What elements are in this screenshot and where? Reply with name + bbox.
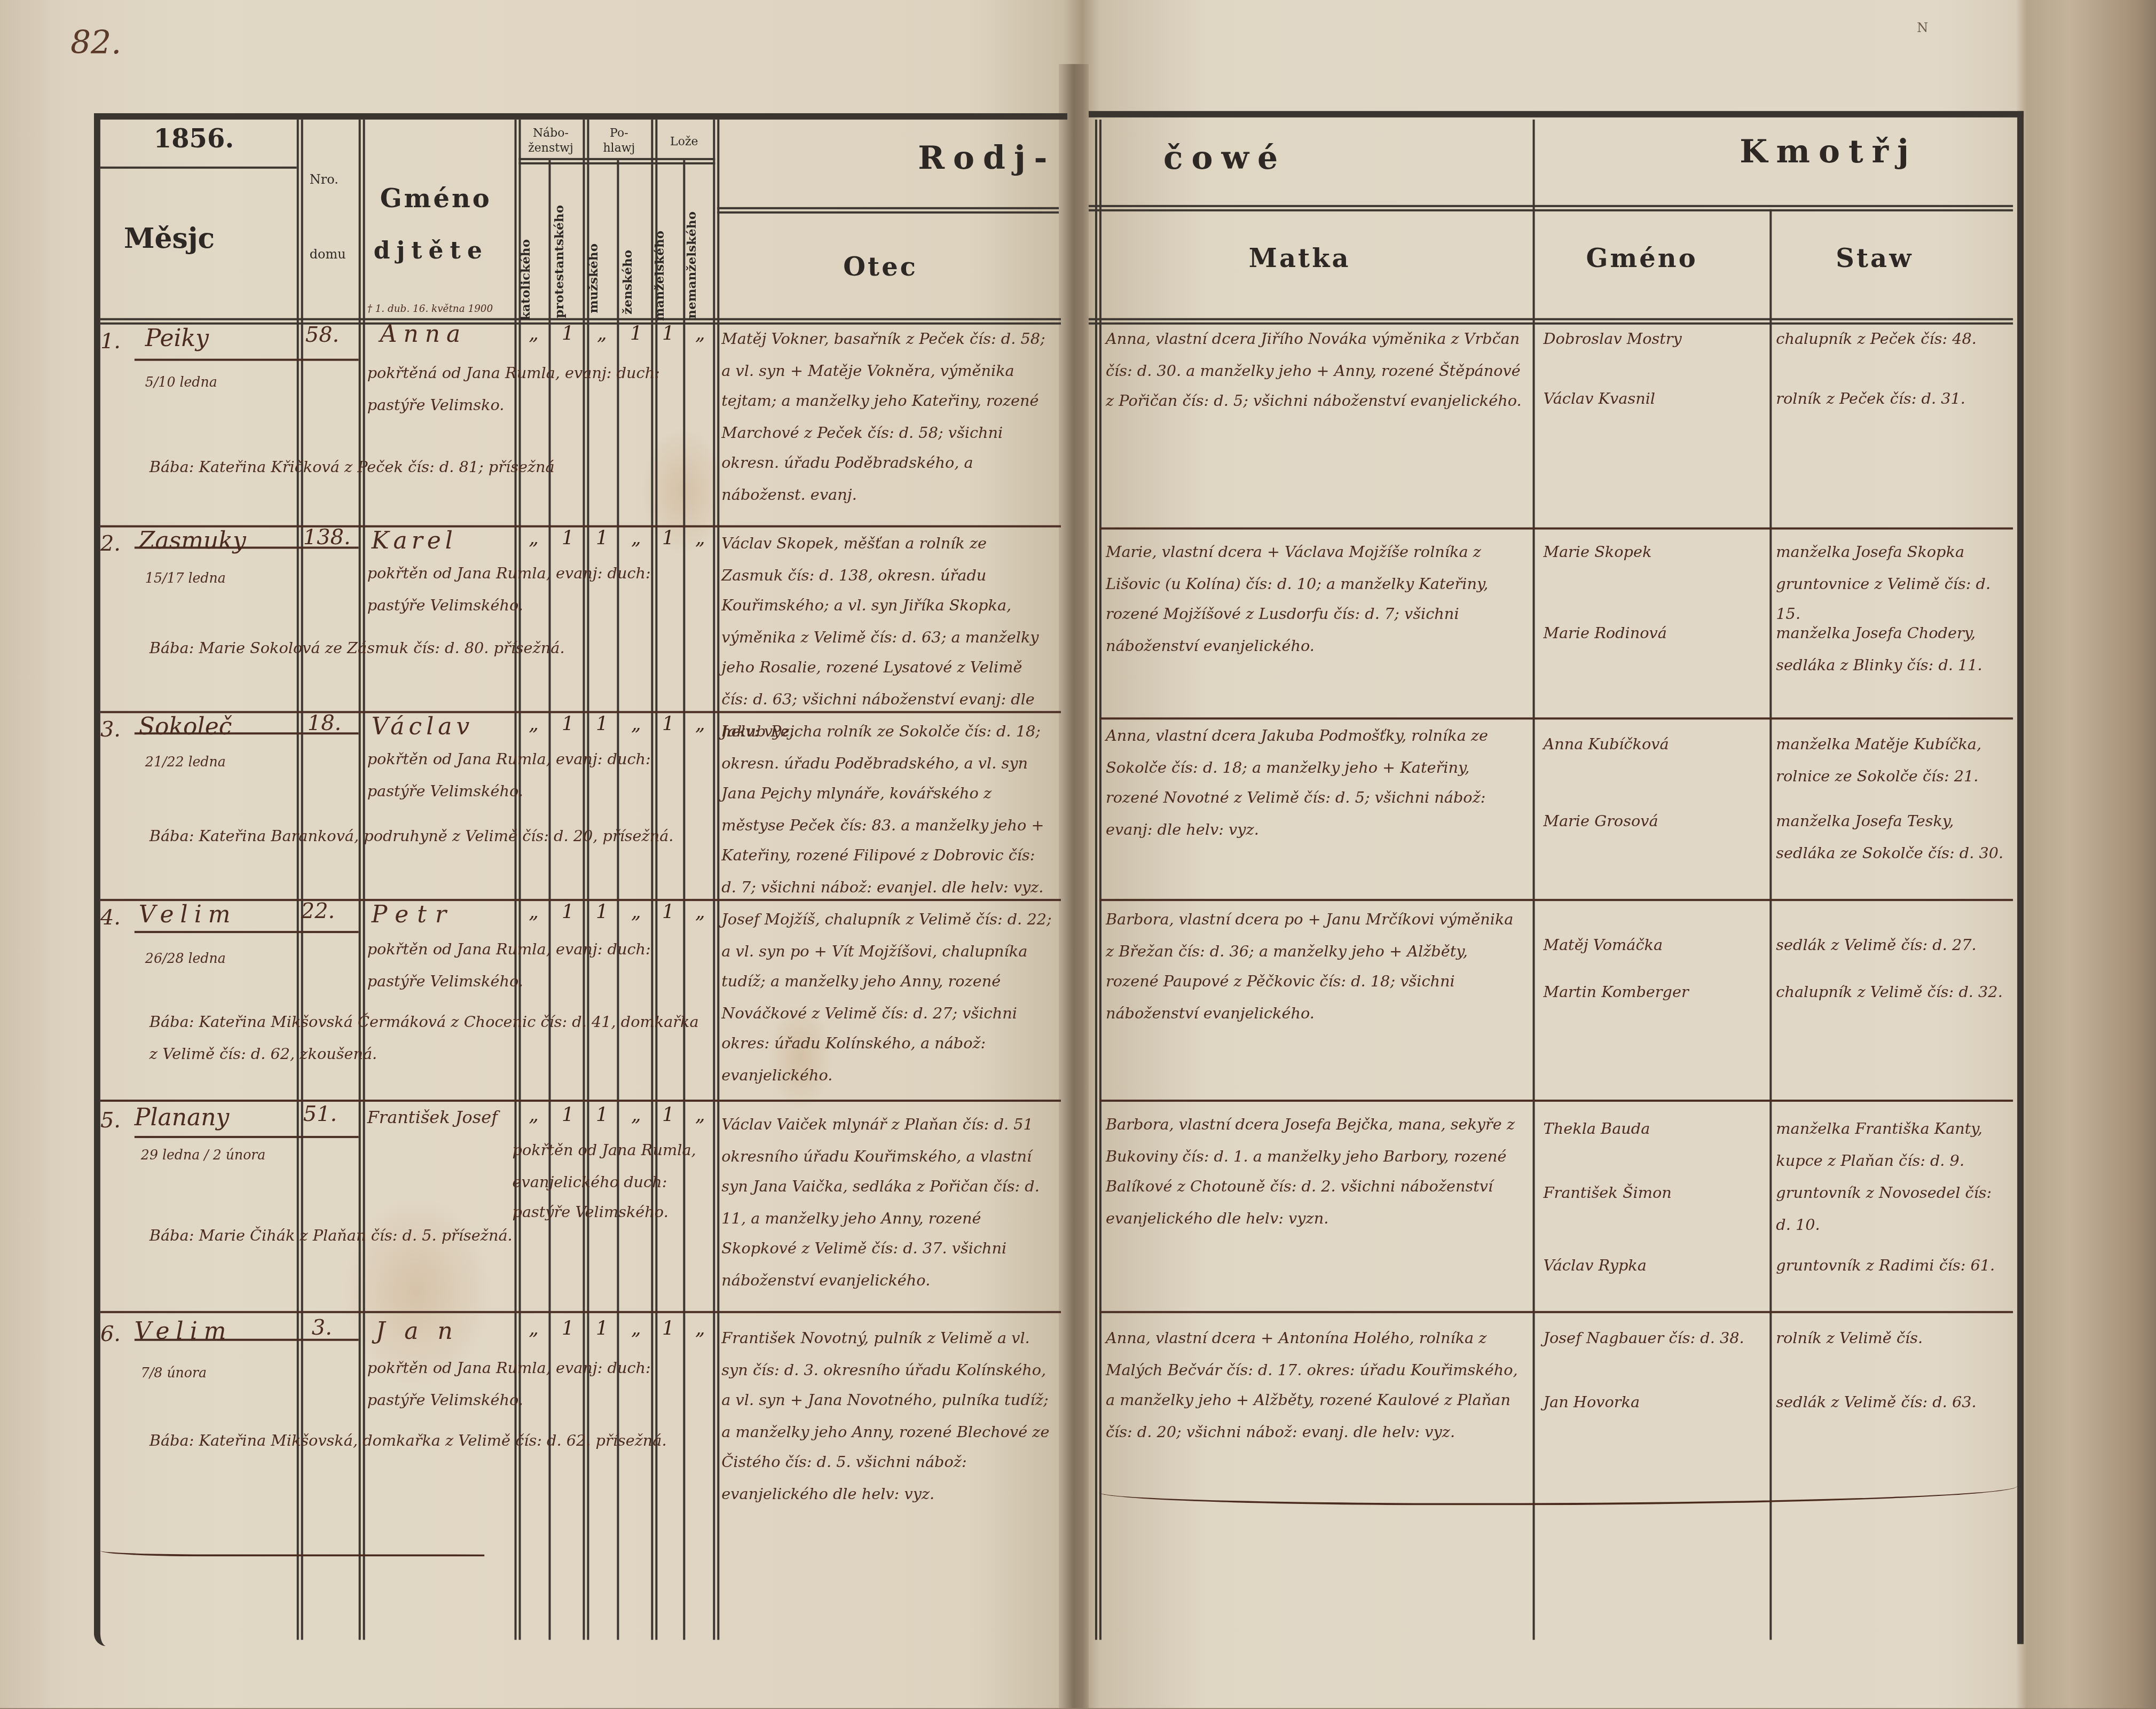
- entry-child-name: Václav: [372, 713, 474, 741]
- child-name-header-2: djtěte: [374, 237, 489, 265]
- mark-catholic: „: [523, 530, 545, 551]
- entry-place: Sokoleč: [139, 713, 232, 741]
- entry-mother: Barbora, vlastní dcera po + Janu Mrčíkov…: [1106, 905, 1524, 1030]
- entry-number: 5.: [100, 1110, 121, 1134]
- entry-date: 21/22 ledna: [145, 756, 226, 771]
- mark-illegitimate: „: [689, 715, 711, 736]
- father-header: Otec: [843, 252, 918, 282]
- child-name-header: Gméno: [380, 184, 492, 214]
- godparent-status: manželka Josefa Skopka gruntovnice z Vel…: [1776, 538, 2007, 631]
- mark-catholic: „: [523, 903, 545, 924]
- place-underline: [135, 931, 359, 933]
- entry-number: 4.: [100, 907, 121, 931]
- entry-place: Velim: [135, 1318, 233, 1345]
- entry-number: 6.: [100, 1324, 121, 1347]
- legitimate-header: manželského: [655, 231, 668, 321]
- parents-rule: [717, 207, 1059, 214]
- godparent-name: Marie Skopek: [1544, 538, 1766, 569]
- register-spread: 82. N 1856. Měsjc Nro. domu Gméno djtěte…: [0, 0, 2156, 1708]
- godparent-name: Matěj Vomáčka: [1544, 931, 1766, 962]
- entry-mother: Anna, vlastní dcera Jiřího Nováka výměni…: [1106, 325, 1524, 418]
- godparent-status: manželka Františka Kanty, kupce z Plaňan…: [1776, 1115, 2007, 1177]
- female-header: ženského: [623, 250, 636, 315]
- entry-place: Peiky: [145, 325, 209, 352]
- godparent-status: rolník z Peček čís: d. 31.: [1776, 385, 2007, 416]
- male-header: mužského: [589, 244, 602, 313]
- entry-father: Jakub Pejcha rolník ze Sokolče čís: d. 1…: [721, 717, 1052, 904]
- entry-mother: Anna, vlastní dcera + Antonína Holého, r…: [1106, 1324, 1524, 1448]
- house-nro-header: Nro.: [310, 175, 339, 189]
- mother-header: Matka: [1249, 244, 1351, 273]
- entry-child-name: František Josef: [367, 1108, 498, 1127]
- mark-male: 1: [591, 1320, 612, 1341]
- bed-header: Lože: [655, 137, 713, 151]
- mark-illegitimate: „: [689, 1320, 711, 1341]
- entry-child-name: Petr: [372, 901, 455, 929]
- illegitimate-header: nemanželského: [687, 211, 700, 319]
- entry-baptism: pokřtěn od Jana Rumla, evanj: duch: past…: [367, 1354, 709, 1416]
- godparent-status: gruntovník z Radimi čís: 61.: [1776, 1251, 2007, 1282]
- header-bottom-rule-right: [1089, 318, 2013, 325]
- col-rule: [297, 120, 303, 1640]
- entry-baptism: pokřtěn od Jana Rumla, evanj: duch: past…: [367, 559, 709, 622]
- entry-midwife: Bába: Kateřina Křičková z Peček čís: d. …: [149, 453, 704, 484]
- page-number: 82.: [70, 23, 121, 62]
- month-header: Měsjc: [124, 224, 215, 256]
- mark-catholic: „: [523, 1320, 545, 1341]
- mark-legitimate: 1: [657, 715, 679, 736]
- mark-illegitimate: „: [689, 325, 711, 346]
- entry-father: Václav Skopek, měšťan a rolník ze Zasmuk…: [721, 530, 1052, 748]
- godparent-status: gruntovník z Novosedel čís: d. 10.: [1776, 1179, 2007, 1241]
- entry-baptism: pokřtěná od Jana Rumla, evanj: duch: pas…: [367, 359, 709, 421]
- mark-female: „: [625, 903, 647, 924]
- mark-female: 1: [625, 325, 647, 346]
- entry-house: 18.: [308, 713, 342, 736]
- mark-male: 1: [591, 715, 612, 736]
- closing-flourish: [100, 1538, 485, 1557]
- godparent-status: rolník z Velimě čís.: [1776, 1324, 2007, 1355]
- mark-male: 1: [591, 530, 612, 551]
- entry-mother: Marie, vlastní dcera + Václava Mojžíše r…: [1106, 538, 1524, 662]
- entry-number: 3.: [100, 719, 121, 743]
- place-underline: [135, 1136, 359, 1138]
- row-divider: [100, 1311, 1061, 1313]
- row-divider: [1099, 717, 2013, 719]
- entry-date: 7/8 února: [141, 1367, 207, 1382]
- header-bottom-rule: [100, 318, 1061, 325]
- godparent-name: Jan Hovorka: [1544, 1388, 1766, 1419]
- col-rule: [1533, 120, 1535, 1640]
- mark-protestant: 1: [557, 903, 578, 924]
- entry-mother: Barbora, vlastní dcera Josefa Bejčka, ma…: [1106, 1110, 1524, 1235]
- entry-date: 5/10 ledna: [145, 376, 217, 391]
- col-rule: [1095, 120, 1101, 1640]
- parents-header-left: Rodj-: [918, 139, 1056, 177]
- row-divider: [1099, 1311, 2013, 1313]
- entry-father: Josef Mojžíš, chalupník z Velimě čís: d.…: [721, 905, 1052, 1092]
- protestant-header: protestantského: [555, 205, 568, 318]
- godparent-status: manželka Matěje Kubíčka, rolnice ze Soko…: [1776, 730, 2007, 793]
- margin-annotation: † 1. dub. 16. května 1900: [367, 305, 493, 316]
- godparent-status: sedlák z Velimě čís: d. 27.: [1776, 931, 2007, 962]
- mark-protestant: 1: [557, 1106, 578, 1127]
- parents-header-right: čowé: [1163, 139, 1286, 177]
- col-rule: [1769, 209, 1772, 1640]
- mark-female: „: [625, 530, 647, 551]
- entry-mother: Anna, vlastní dcera Jakuba Podmošťky, ro…: [1106, 722, 1524, 846]
- mark-catholic: „: [523, 1106, 545, 1127]
- godparent-name: Anna Kubíčková: [1544, 730, 1766, 761]
- mark-male: 1: [591, 1106, 612, 1127]
- mark-protestant: 1: [557, 715, 578, 736]
- entry-child-name: Anna: [380, 320, 467, 348]
- mark-catholic: „: [523, 325, 545, 346]
- mark-legitimate: 1: [657, 530, 679, 551]
- mark-illegitimate: „: [689, 530, 711, 551]
- religion-header: Nábo- ženstwj: [519, 128, 583, 156]
- mark-protestant: 1: [557, 530, 578, 551]
- mark-protestant: 1: [557, 325, 578, 346]
- godparents-header: Kmotřj: [1740, 132, 1917, 171]
- godparent-name: František Šimon: [1544, 1179, 1766, 1210]
- mark-female: „: [625, 1320, 647, 1341]
- godparent-status: chalupník z Velimě čís: d. 32.: [1776, 978, 2007, 1009]
- year-rule: [100, 167, 297, 169]
- entry-midwife: Bába: Marie Čihák z Plaňan čís: d. 5. př…: [149, 1221, 704, 1252]
- entry-father: Matěj Vokner, basařník z Peček čís: d. 5…: [721, 325, 1052, 512]
- godparent-status: manželka Josefa Tesky, sedláka ze Sokolč…: [1776, 807, 2007, 869]
- godparent-name: Martin Komberger: [1544, 978, 1766, 1009]
- godparent-name: Václav Rypka: [1544, 1251, 1766, 1282]
- entry-date: 26/28 ledna: [145, 952, 226, 967]
- entry-house: 3.: [312, 1318, 332, 1341]
- godparent-name: Josef Nagbauer čís: d. 38.: [1544, 1324, 1766, 1355]
- entry-house: 58.: [305, 325, 340, 348]
- col-rule: [713, 120, 719, 1640]
- catholic-header: katolického: [521, 239, 534, 320]
- entry-baptism: pokřtěn od Jana Rumla, evanj: duch: past…: [367, 745, 709, 808]
- godparent-status: manželka Josefa Chodery, sedláka z Blink…: [1776, 619, 2007, 681]
- mark-female: „: [625, 715, 647, 736]
- row-divider: [100, 1100, 1061, 1102]
- godparent-name: Thekla Bauda: [1544, 1115, 1766, 1146]
- mark-male: „: [591, 325, 612, 346]
- mark-legitimate: 1: [657, 1106, 679, 1127]
- entry-child-name: Jan: [376, 1318, 472, 1345]
- mark-illegitimate: „: [689, 1106, 711, 1127]
- mark-legitimate: 1: [657, 903, 679, 924]
- entry-midwife: Bába: Kateřina Mikšovská, domkařka z Vel…: [149, 1426, 704, 1457]
- entry-midwife: Bába: Kateřina Baranková, podruhyně z Ve…: [149, 822, 704, 853]
- row-divider: [1099, 899, 2013, 901]
- row-divider: [1099, 528, 2013, 530]
- entry-father: Václav Vaiček mlynář z Plaňan čís: d. 51…: [721, 1110, 1052, 1297]
- entry-house: 22.: [301, 901, 335, 924]
- godparent-status: sedlák z Velimě čís: d. 63.: [1776, 1388, 2007, 1419]
- parents-rule-right: [1089, 205, 2013, 211]
- mark-legitimate: 1: [657, 325, 679, 346]
- entry-baptism: pokřtěn od Jana Rumla, evanj: duch: past…: [367, 935, 709, 998]
- mark-male: 1: [591, 903, 612, 924]
- col-rule: [359, 120, 365, 1640]
- godparent-status-header: Staw: [1836, 244, 1913, 273]
- entry-father: František Novotný, pulník z Velimě a vl.…: [721, 1324, 1052, 1511]
- mark-legitimate: 1: [657, 1320, 679, 1341]
- entry-baptism: pokřtěn od Jana Rumla, evanjelického duc…: [513, 1136, 715, 1229]
- godparent-name: Dobroslav Mostry: [1544, 325, 1766, 356]
- entry-number: 2.: [100, 534, 121, 558]
- entry-place: Planany: [135, 1104, 230, 1132]
- mark-protestant: 1: [557, 1320, 578, 1341]
- godparent-status: chalupník z Peček čís: 48.: [1776, 325, 2007, 356]
- place-underline: [135, 359, 359, 361]
- row-divider: [1099, 1100, 2013, 1102]
- corner-mark: N: [1917, 21, 1928, 36]
- year-label: 1856.: [154, 124, 234, 154]
- entry-place: Velim: [139, 901, 237, 929]
- mark-female: „: [625, 1106, 647, 1127]
- godparent-name: Marie Rodinová: [1544, 619, 1766, 650]
- entry-house: 51.: [303, 1104, 337, 1127]
- godparent-name: Václav Kvasnil: [1544, 385, 1766, 416]
- entry-house: 138.: [303, 528, 351, 551]
- godparent-name: Marie Grosová: [1544, 807, 1766, 838]
- godparent-name-header: Gméno: [1586, 244, 1698, 273]
- entry-number: 1.: [100, 331, 121, 355]
- house-domu-header: domu: [310, 250, 346, 264]
- entry-date: 15/17 ledna: [145, 572, 226, 587]
- mark-catholic: „: [523, 715, 545, 736]
- mark-illegitimate: „: [689, 903, 711, 924]
- sex-header: Po- hlawj: [587, 128, 651, 156]
- entry-child-name: Karel: [372, 528, 457, 555]
- entry-midwife: Bába: Marie Sokolová ze Zásmuk čís: d. 8…: [149, 634, 704, 665]
- entry-place: Zasmuky: [139, 528, 246, 555]
- entry-date: 29 ledna / 2 února: [141, 1149, 266, 1164]
- entry-midwife: Bába: Kateřina Mikšovská Čermáková z Cho…: [149, 1008, 704, 1070]
